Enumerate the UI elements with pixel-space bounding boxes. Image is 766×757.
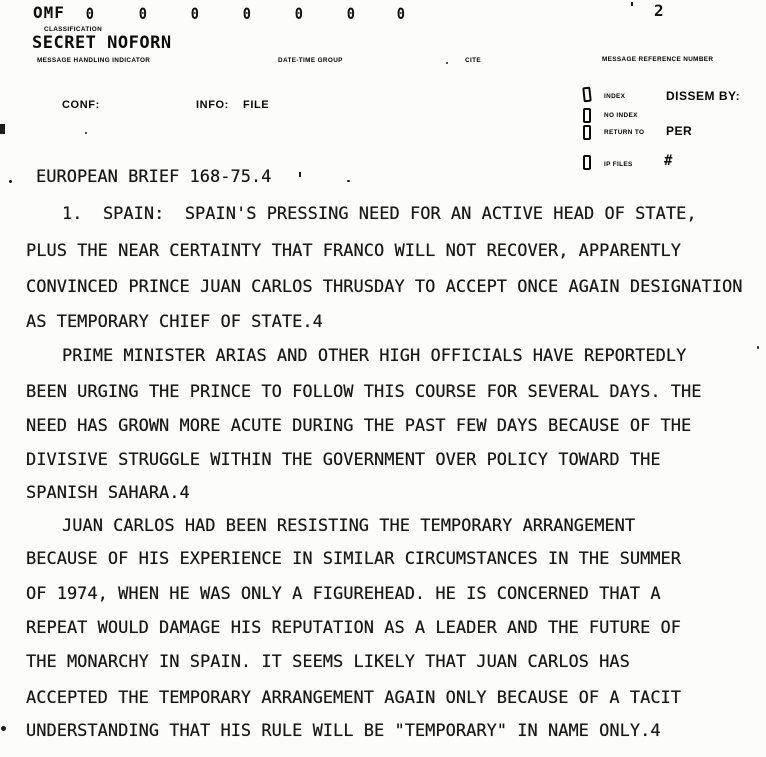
body-line: AS TEMPORARY CHIEF OF STATE.4 [26,312,323,332]
checkbox-return-to [583,125,591,140]
scan-artifact [9,180,12,183]
checkbox-label-no-index: NO INDEX [604,112,638,119]
label-message-reference-number: MESSAGE REFERENCE NUMBER [602,56,713,63]
code-zero: 0 [191,4,199,23]
label-message-handling-indicator: MESSAGE HANDLING INDICATOR [37,57,150,64]
body-line: 1. SPAIN: SPAIN'S PRESSING NEED FOR AN A… [62,204,697,224]
classification-label: CLASSIFICATION [44,26,102,33]
scan-artifact [85,132,87,134]
body-line: SPANISH SAHARA.4 [26,483,190,503]
info-label: INFO: [196,99,229,111]
scan-artifact [446,62,448,64]
ip-files-value: # [664,153,672,169]
body-line: THE MONARCHY IN SPAIN. IT SEEMS LIKELY T… [26,652,630,672]
code-zero: 0 [139,4,147,23]
body-line: BEEN URGING THE PRINCE TO FOLLOW THIS CO… [26,382,702,402]
body-line: REPEAT WOULD DAMAGE HIS REPUTATION AS A … [26,618,681,638]
scan-artifact [347,180,350,182]
body-line: PLUS THE NEAR CERTAINTY THAT FRANCO WILL… [26,241,681,261]
code-zero: 0 [86,4,94,23]
conf-label: CONF: [62,99,100,111]
classification-stamp: SECRET NOFORN [32,33,172,53]
scan-artifact [757,346,759,349]
return-to-value: PER [666,124,692,138]
document-title: EUROPEAN BRIEF 168-75.4 [36,167,271,187]
body-line: DIVISIVE STRUGGLE WITHIN THE GOVERNMENT … [26,450,661,470]
scan-artifact [0,124,5,134]
checkbox-ip-files [583,155,591,170]
page-number: 2 [654,1,664,20]
dissem-by-label: DISSEM BY: [666,89,740,103]
scan-artifact [299,172,301,177]
body-line: NEED HAS GROWN MORE ACUTE DURING THE PAS… [26,416,691,436]
label-cite: CITE [465,57,481,64]
code-row-prefix: OMF [33,3,65,22]
body-line: BECAUSE OF HIS EXPERIENCE IN SIMILAR CIR… [26,549,681,569]
body-line: UNDERSTANDING THAT HIS RULE WILL BE "TEM… [26,721,661,741]
scanned-cable-page: OMF 0 0 0 0 0 0 0 2 CLASSIFICATION SECRE… [0,0,766,757]
body-line: OF 1974, WHEN HE WAS ONLY A FIGUREHEAD. … [26,584,661,604]
checkbox-index [582,87,592,103]
checkbox-label-ip-files: IP FILES [604,161,633,168]
scan-artifact [631,2,633,6]
body-line: CONVINCED PRINCE JUAN CARLOS THRUSDAY TO… [26,277,742,297]
info-value: FILE [243,99,269,111]
label-date-time-group: DATE-TIME GROUP [278,57,343,64]
body-line: JUAN CARLOS HAD BEEN RESISTING THE TEMPO… [62,516,635,536]
code-zero: 0 [243,4,251,23]
checkbox-label-return-to: RETURN TO [604,129,644,136]
code-zero: 0 [397,4,405,23]
checkbox-no-index [583,108,591,123]
code-zero: 0 [347,4,355,23]
body-line: ACCEPTED THE TEMPORARY ARRANGEMENT AGAIN… [26,688,681,708]
scan-artifact [1,726,6,731]
checkbox-label-index: INDEX [604,93,625,100]
code-zero: 0 [295,4,303,23]
body-line: PRIME MINISTER ARIAS AND OTHER HIGH OFFI… [62,346,686,366]
